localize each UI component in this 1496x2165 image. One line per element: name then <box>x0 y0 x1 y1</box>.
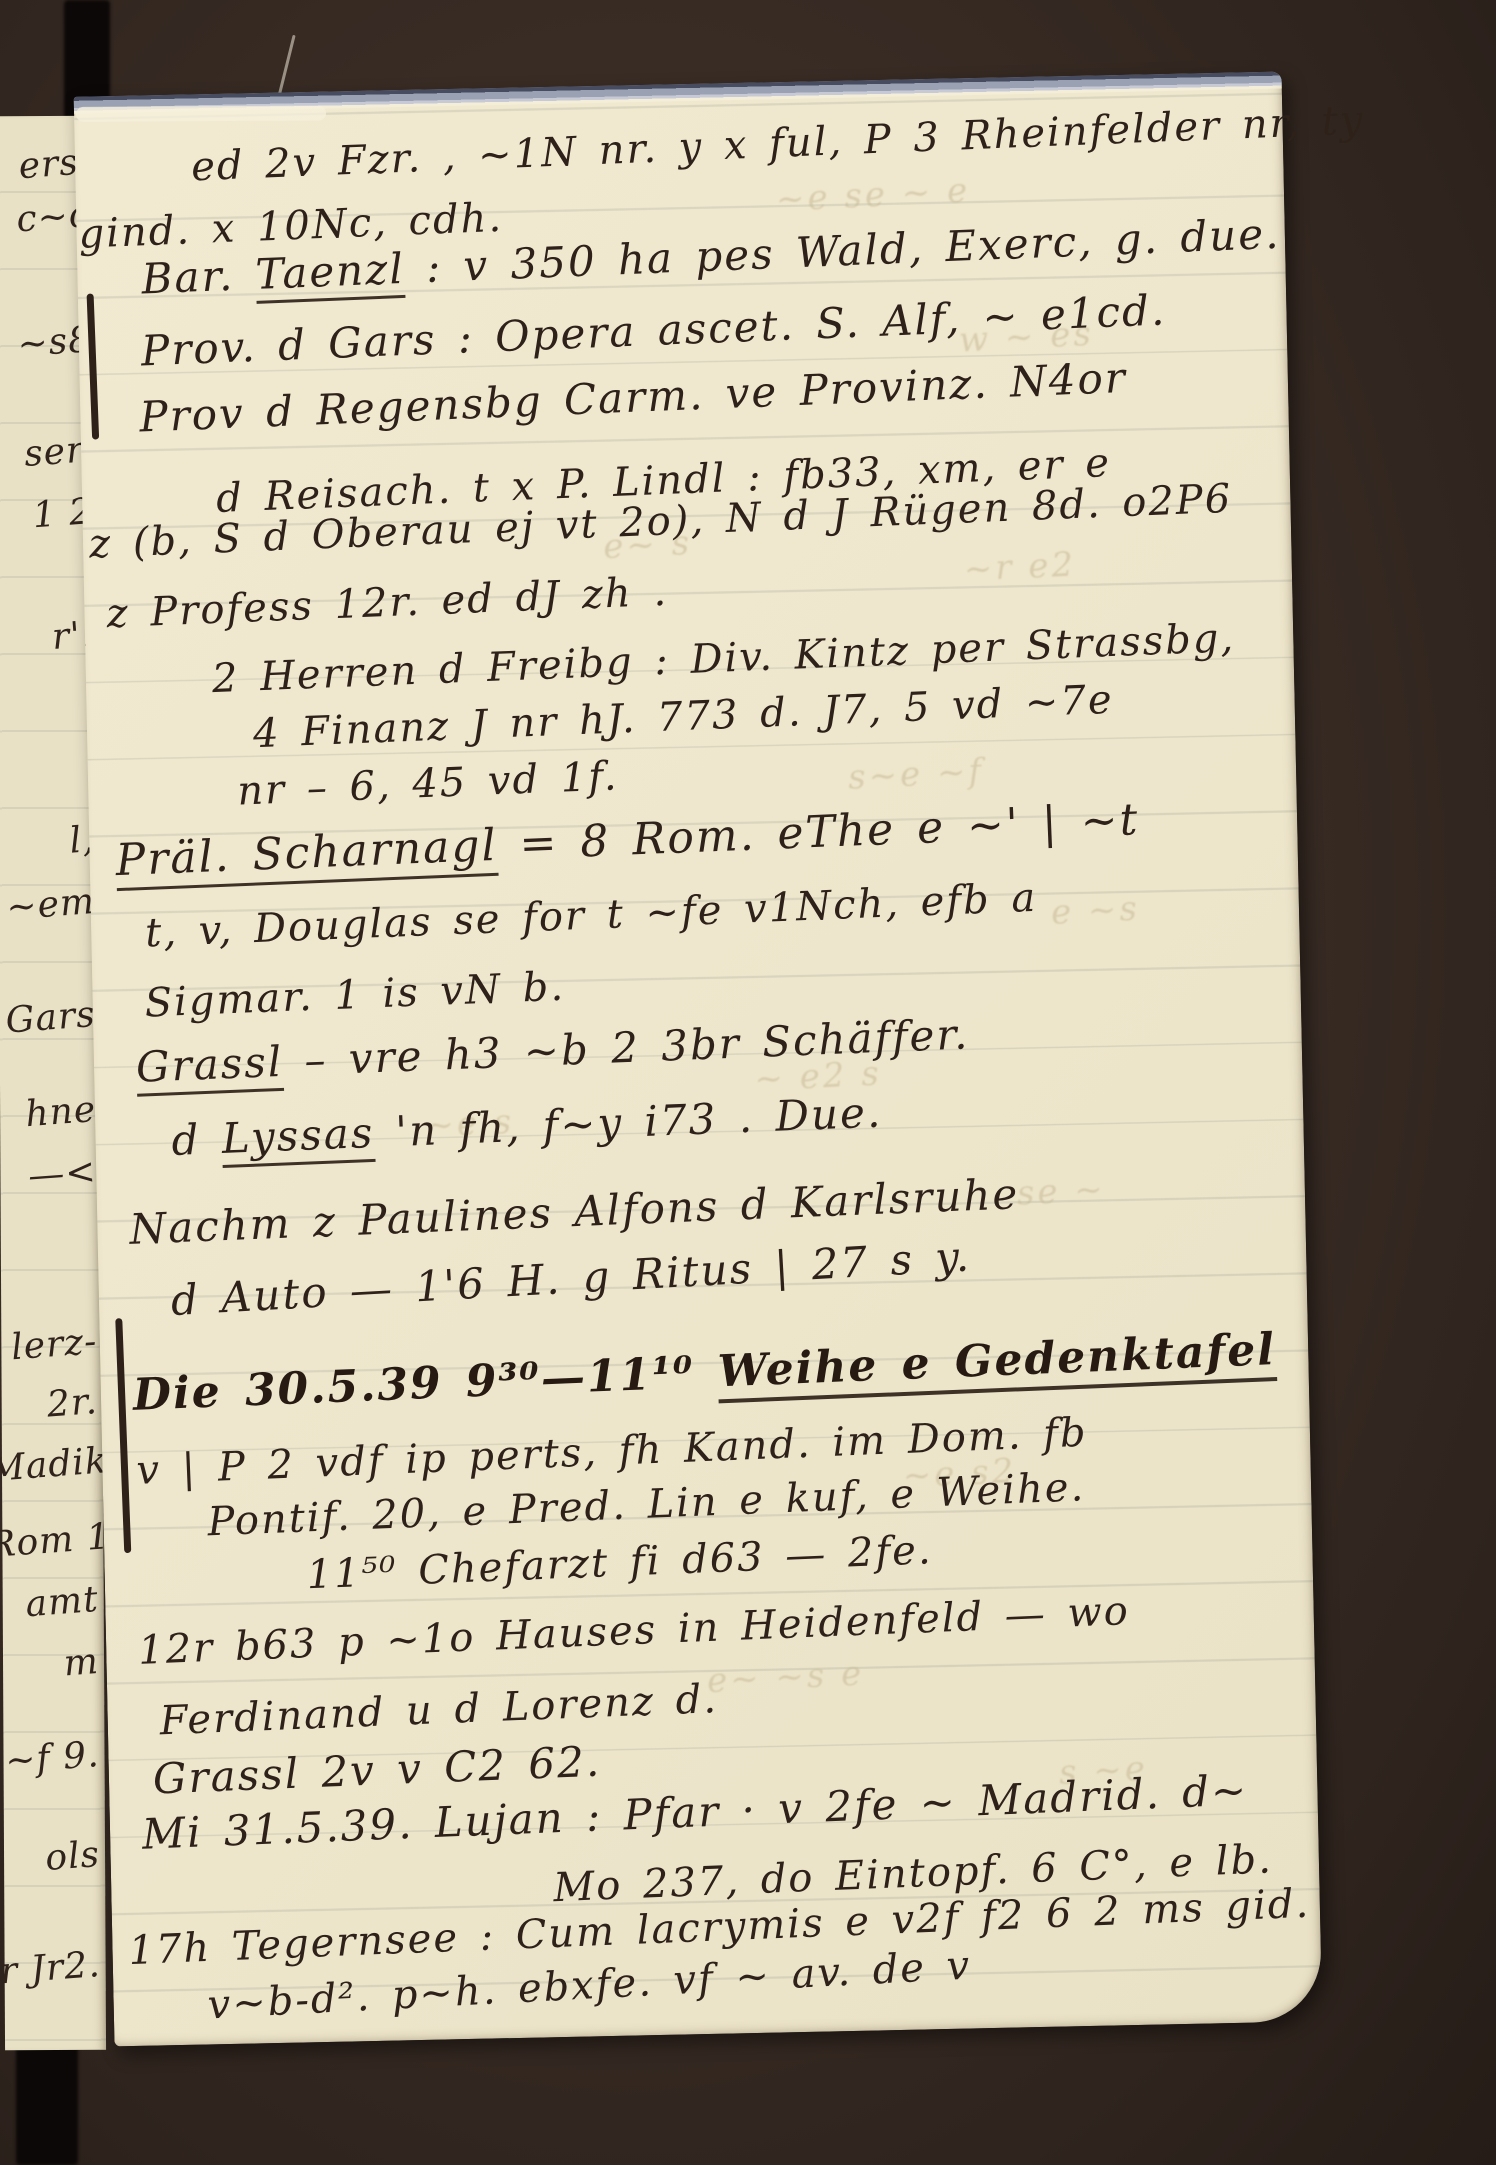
previous-page-line-fragment: r Jr2. <box>0 1947 102 1991</box>
previous-page-line-fragment: hne <box>0 1092 97 1136</box>
previous-page-line-fragment: ~f 9. <box>0 1737 101 1781</box>
bleedthrough-ghost-text: ~r e2 <box>963 544 1077 589</box>
previous-page-line-fragment: —< <box>0 1154 98 1198</box>
handwriting-segment: d <box>171 1114 223 1165</box>
handwriting-segment: Sigmar. 1 is vN b. <box>144 964 566 1027</box>
handwriting-line-16: d Lyssas 'n fh, f~y i73 . Due. <box>171 1089 883 1166</box>
previous-page-line-fragment: lerz- <box>0 1324 99 1368</box>
handwriting-segment: = 8 Rom. eThe e ~' | ~t <box>496 794 1140 871</box>
previous-page-line-fragment: r'. <box>0 617 95 661</box>
handwriting-underlined-segment: Weihe e Gedenktafel <box>717 1324 1277 1403</box>
previous-page-line-fragment: Rom 12. <box>0 1520 100 1564</box>
handwriting-line-11: nr – 6, 45 vd 1f. <box>236 753 619 814</box>
handwriting-segment: 11⁵⁰ Chefarzt fi d63 — 2fe. <box>306 1527 934 1598</box>
bleedthrough-ghost-text: e~ ~s e <box>706 1653 865 1701</box>
handwriting-line-19: Die 30.5.39 9³⁰—11¹⁰ Weihe e Gedenktafel <box>132 1325 1277 1421</box>
handwriting-segment: Ferdinand u d Lorenz d. <box>159 1676 719 1744</box>
handwriting-segment: Die 30.5.39 9³⁰—11¹⁰ <box>132 1346 719 1420</box>
previous-page-line-fragment: m <box>0 1644 100 1688</box>
handwriting-segment: 'n fh, f~y i73 . Due. <box>373 1088 883 1157</box>
handwriting-segment: t, v, Douglas se for t ~fe v1Nch, efb a <box>144 875 1038 957</box>
previous-page-line-fragment: Madik. <box>0 1444 99 1488</box>
binding-shadow-bottom <box>16 2032 78 2165</box>
previous-page-line-fragment: 2r. <box>0 1384 99 1428</box>
previous-page-line-fragment: amt <box>0 1582 100 1626</box>
handwriting-segment: Bar. <box>141 250 257 304</box>
handwriting-underlined-segment: Lyssas <box>221 1108 376 1168</box>
handwriting-line-13: t, v, Douglas se for t ~fe v1Nch, efb a <box>144 875 1038 957</box>
handwriting-segment: ed 2v Fzr. , ~1N nr. y x ful, P 3 Rheinf… <box>190 97 1365 190</box>
margin-stroke-1 <box>87 293 100 439</box>
bleedthrough-ghost-text: s~e ~f <box>847 751 985 798</box>
handwriting-line-1: ed 2v Fzr. , ~1N nr. y x ful, P 3 Rheinf… <box>190 97 1365 190</box>
bleedthrough-ghost-text: e ~s <box>1050 888 1141 932</box>
previous-page-line-fragment: l, <box>0 822 96 866</box>
handwriting-segment: : v 350 ha pes Wald, Exerc, g. due. <box>404 209 1282 293</box>
handwriting-underlined-segment: Grassl <box>135 1037 284 1097</box>
handwriting-underlined-segment: Präl. Scharnagl <box>115 820 499 891</box>
previous-page-line-fragment: ~em <box>0 884 96 928</box>
previous-page-line-fragment: Gars <box>0 997 97 1041</box>
bleedthrough-ghost-text: se ~ <box>1016 1169 1107 1213</box>
bleedthrough-ghost-text: ~e se ~ e <box>775 170 971 219</box>
previous-page-line-fragment: 1 2 <box>0 494 94 538</box>
handwriting-line-24: Ferdinand u d Lorenz d. <box>159 1676 719 1744</box>
handwriting-segment: 12r b63 p ~1o Hauses in Heidenfeld — wo <box>137 1588 1130 1674</box>
handwriting-segment: z Profess 12r. ed dJ zh . <box>106 569 669 638</box>
photographed-notebook-scan: { "colors": { "background_dark_brown": "… <box>0 0 1496 2165</box>
handwriting-line-22: 11⁵⁰ Chefarzt fi d63 — 2fe. <box>306 1527 934 1598</box>
handwriting-line-23: 12r b63 p ~1o Hauses in Heidenfeld — wo <box>137 1588 1130 1674</box>
handwriting-line-14: Sigmar. 1 is vN b. <box>144 964 566 1027</box>
paper-tear-highlight <box>76 106 326 122</box>
notebook-page: ~e se ~ ew ~ ese~ s~r e2s~e ~fe ~s~ e2 s… <box>74 72 1323 2047</box>
handwriting-segment: nr – 6, 45 vd 1f. <box>236 753 619 814</box>
handwriting-underlined-segment: Taenzl <box>255 244 406 304</box>
margin-stroke-2 <box>115 1318 131 1553</box>
handwriting-line-8: z Profess 12r. ed dJ zh . <box>106 569 669 638</box>
previous-page-line-fragment: ols <box>0 1837 101 1881</box>
previous-page-line-fragment: ser. <box>0 432 94 476</box>
